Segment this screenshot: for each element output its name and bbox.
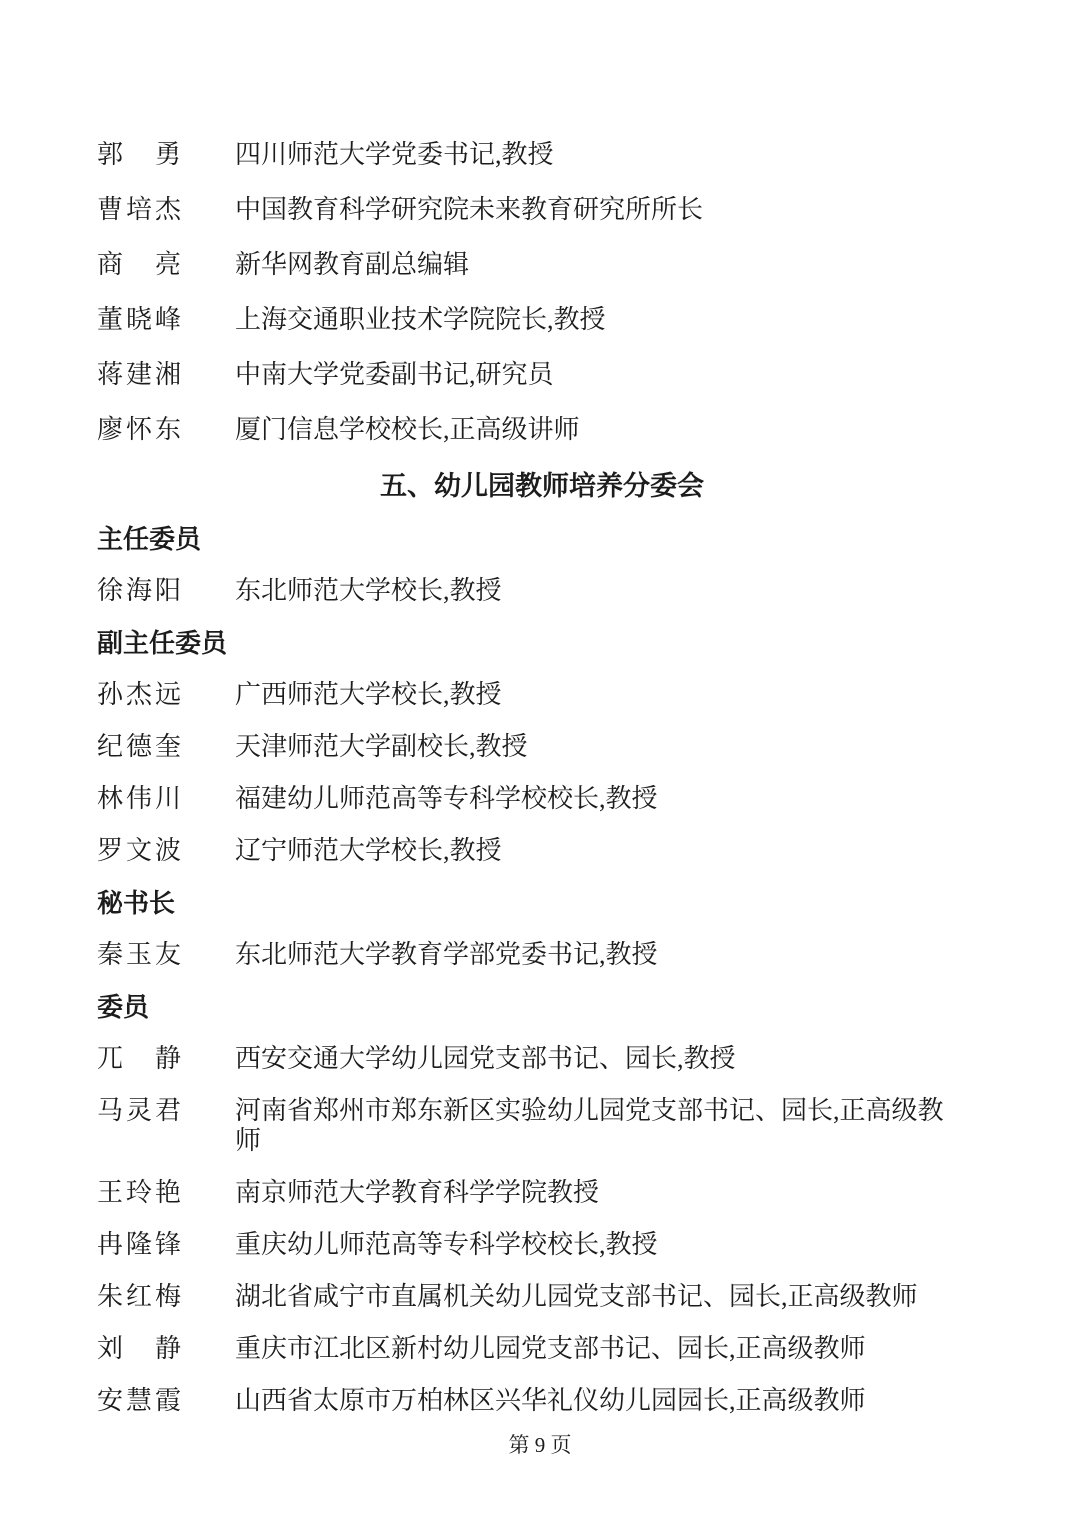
section-heading: 五、幼儿园教师培养分委会 xyxy=(97,470,987,502)
group-members: 委员 兀静 西安交通大学幼儿园党支部书记、园长,教授 马灵君 河南省郑州市郑东新… xyxy=(97,992,987,1416)
member-row: 徐海阳 东北师范大学校长,教授 xyxy=(97,576,987,606)
member-name: 王玲艳 xyxy=(97,1178,181,1208)
member-title: 福建幼儿师范高等专科学校校长,教授 xyxy=(235,784,987,814)
member-row: 纪德奎 天津师范大学副校长,教授 xyxy=(97,732,987,762)
member-row: 商亮 新华网教育副总编辑 xyxy=(97,250,987,280)
member-title: 广西师范大学校长,教授 xyxy=(235,680,987,710)
member-row: 安慧霞 山西省太原市万柏林区兴华礼仪幼儿园园长,正高级教师 xyxy=(97,1386,987,1416)
member-row: 孙杰远 广西师范大学校长,教授 xyxy=(97,680,987,710)
member-title: 南京师范大学教育科学学院教授 xyxy=(235,1178,987,1208)
member-title: 上海交通职业技术学院院长,教授 xyxy=(235,305,987,335)
member-title: 辽宁师范大学校长,教授 xyxy=(235,836,987,866)
member-name: 孙杰远 xyxy=(97,680,181,710)
member-name: 安慧霞 xyxy=(97,1386,181,1416)
member-title: 中国教育科学研究院未来教育研究所所长 xyxy=(235,195,987,225)
page-content: 郭勇 四川师范大学党委书记,教授 曹培杰 中国教育科学研究院未来教育研究所所长 … xyxy=(97,140,987,1438)
member-title: 山西省太原市万柏林区兴华礼仪幼儿园园长,正高级教师 xyxy=(235,1386,987,1416)
member-row: 冉隆锋 重庆幼儿师范高等专科学校校长,教授 xyxy=(97,1230,987,1260)
group-chair: 主任委员 徐海阳 东北师范大学校长,教授 xyxy=(97,524,987,606)
member-name: 郭勇 xyxy=(97,140,181,170)
group-label: 秘书长 xyxy=(97,888,987,918)
member-row: 兀静 西安交通大学幼儿园党支部书记、园长,教授 xyxy=(97,1044,987,1074)
page-number: 第 9 页 xyxy=(0,1432,1080,1458)
continued-member-list: 郭勇 四川师范大学党委书记,教授 曹培杰 中国教育科学研究院未来教育研究所所长 … xyxy=(97,140,987,445)
member-title: 厦门信息学校校长,正高级讲师 xyxy=(235,415,987,445)
group-secretary-general: 秘书长 秦玉友 东北师范大学教育学部党委书记,教授 xyxy=(97,888,987,970)
member-name: 罗文波 xyxy=(97,836,181,866)
member-name: 徐海阳 xyxy=(97,576,181,606)
member-name: 冉隆锋 xyxy=(97,1230,181,1260)
section-kindergarten-teacher-subcommittee: 五、幼儿园教师培养分委会 主任委员 徐海阳 东北师范大学校长,教授 副主任委员 … xyxy=(97,470,987,1416)
member-title: 中南大学党委副书记,研究员 xyxy=(235,360,987,390)
member-name: 纪德奎 xyxy=(97,732,181,762)
member-name: 秦玉友 xyxy=(97,940,181,970)
group-label: 委员 xyxy=(97,992,987,1022)
member-name: 董晓峰 xyxy=(97,305,181,335)
member-title: 四川师范大学党委书记,教授 xyxy=(235,140,987,170)
group-label: 主任委员 xyxy=(97,524,987,554)
member-title: 西安交通大学幼儿园党支部书记、园长,教授 xyxy=(235,1044,987,1074)
member-row: 朱红梅 湖北省咸宁市直属机关幼儿园党支部书记、园长,正高级教师 xyxy=(97,1282,987,1312)
member-title: 东北师范大学教育学部党委书记,教授 xyxy=(235,940,987,970)
member-name: 马灵君 xyxy=(97,1096,181,1126)
member-row: 郭勇 四川师范大学党委书记,教授 xyxy=(97,140,987,170)
member-title: 新华网教育副总编辑 xyxy=(235,250,987,280)
member-name: 兀静 xyxy=(97,1044,181,1074)
member-name: 朱红梅 xyxy=(97,1282,181,1312)
member-title: 湖北省咸宁市直属机关幼儿园党支部书记、园长,正高级教师 xyxy=(235,1282,987,1312)
member-row: 罗文波 辽宁师范大学校长,教授 xyxy=(97,836,987,866)
member-title: 天津师范大学副校长,教授 xyxy=(235,732,987,762)
member-row: 董晓峰 上海交通职业技术学院院长,教授 xyxy=(97,305,987,335)
member-row: 秦玉友 东北师范大学教育学部党委书记,教授 xyxy=(97,940,987,970)
member-row: 林伟川 福建幼儿师范高等专科学校校长,教授 xyxy=(97,784,987,814)
member-row: 廖怀东 厦门信息学校校长,正高级讲师 xyxy=(97,415,987,445)
member-row: 马灵君 河南省郑州市郑东新区实验幼儿园党支部书记、园长,正高级教 师 xyxy=(97,1096,987,1156)
member-name: 曹培杰 xyxy=(97,195,181,225)
member-title: 重庆市江北区新村幼儿园党支部书记、园长,正高级教师 xyxy=(235,1334,987,1364)
member-name: 商亮 xyxy=(97,250,181,280)
member-title: 重庆幼儿师范高等专科学校校长,教授 xyxy=(235,1230,987,1260)
member-name: 蒋建湘 xyxy=(97,360,181,390)
group-vice-chairs: 副主任委员 孙杰远 广西师范大学校长,教授 纪德奎 天津师范大学副校长,教授 林… xyxy=(97,628,987,866)
member-row: 曹培杰 中国教育科学研究院未来教育研究所所长 xyxy=(97,195,987,225)
member-name: 廖怀东 xyxy=(97,415,181,445)
group-label: 副主任委员 xyxy=(97,628,987,658)
member-row: 刘静 重庆市江北区新村幼儿园党支部书记、园长,正高级教师 xyxy=(97,1334,987,1364)
member-row: 蒋建湘 中南大学党委副书记,研究员 xyxy=(97,360,987,390)
member-title: 河南省郑州市郑东新区实验幼儿园党支部书记、园长,正高级教 师 xyxy=(235,1096,987,1156)
member-row: 王玲艳 南京师范大学教育科学学院教授 xyxy=(97,1178,987,1208)
document-page: 郭勇 四川师范大学党委书记,教授 曹培杰 中国教育科学研究院未来教育研究所所长 … xyxy=(0,0,1080,1527)
member-title: 东北师范大学校长,教授 xyxy=(235,576,987,606)
member-name: 刘静 xyxy=(97,1334,181,1364)
member-name: 林伟川 xyxy=(97,784,181,814)
